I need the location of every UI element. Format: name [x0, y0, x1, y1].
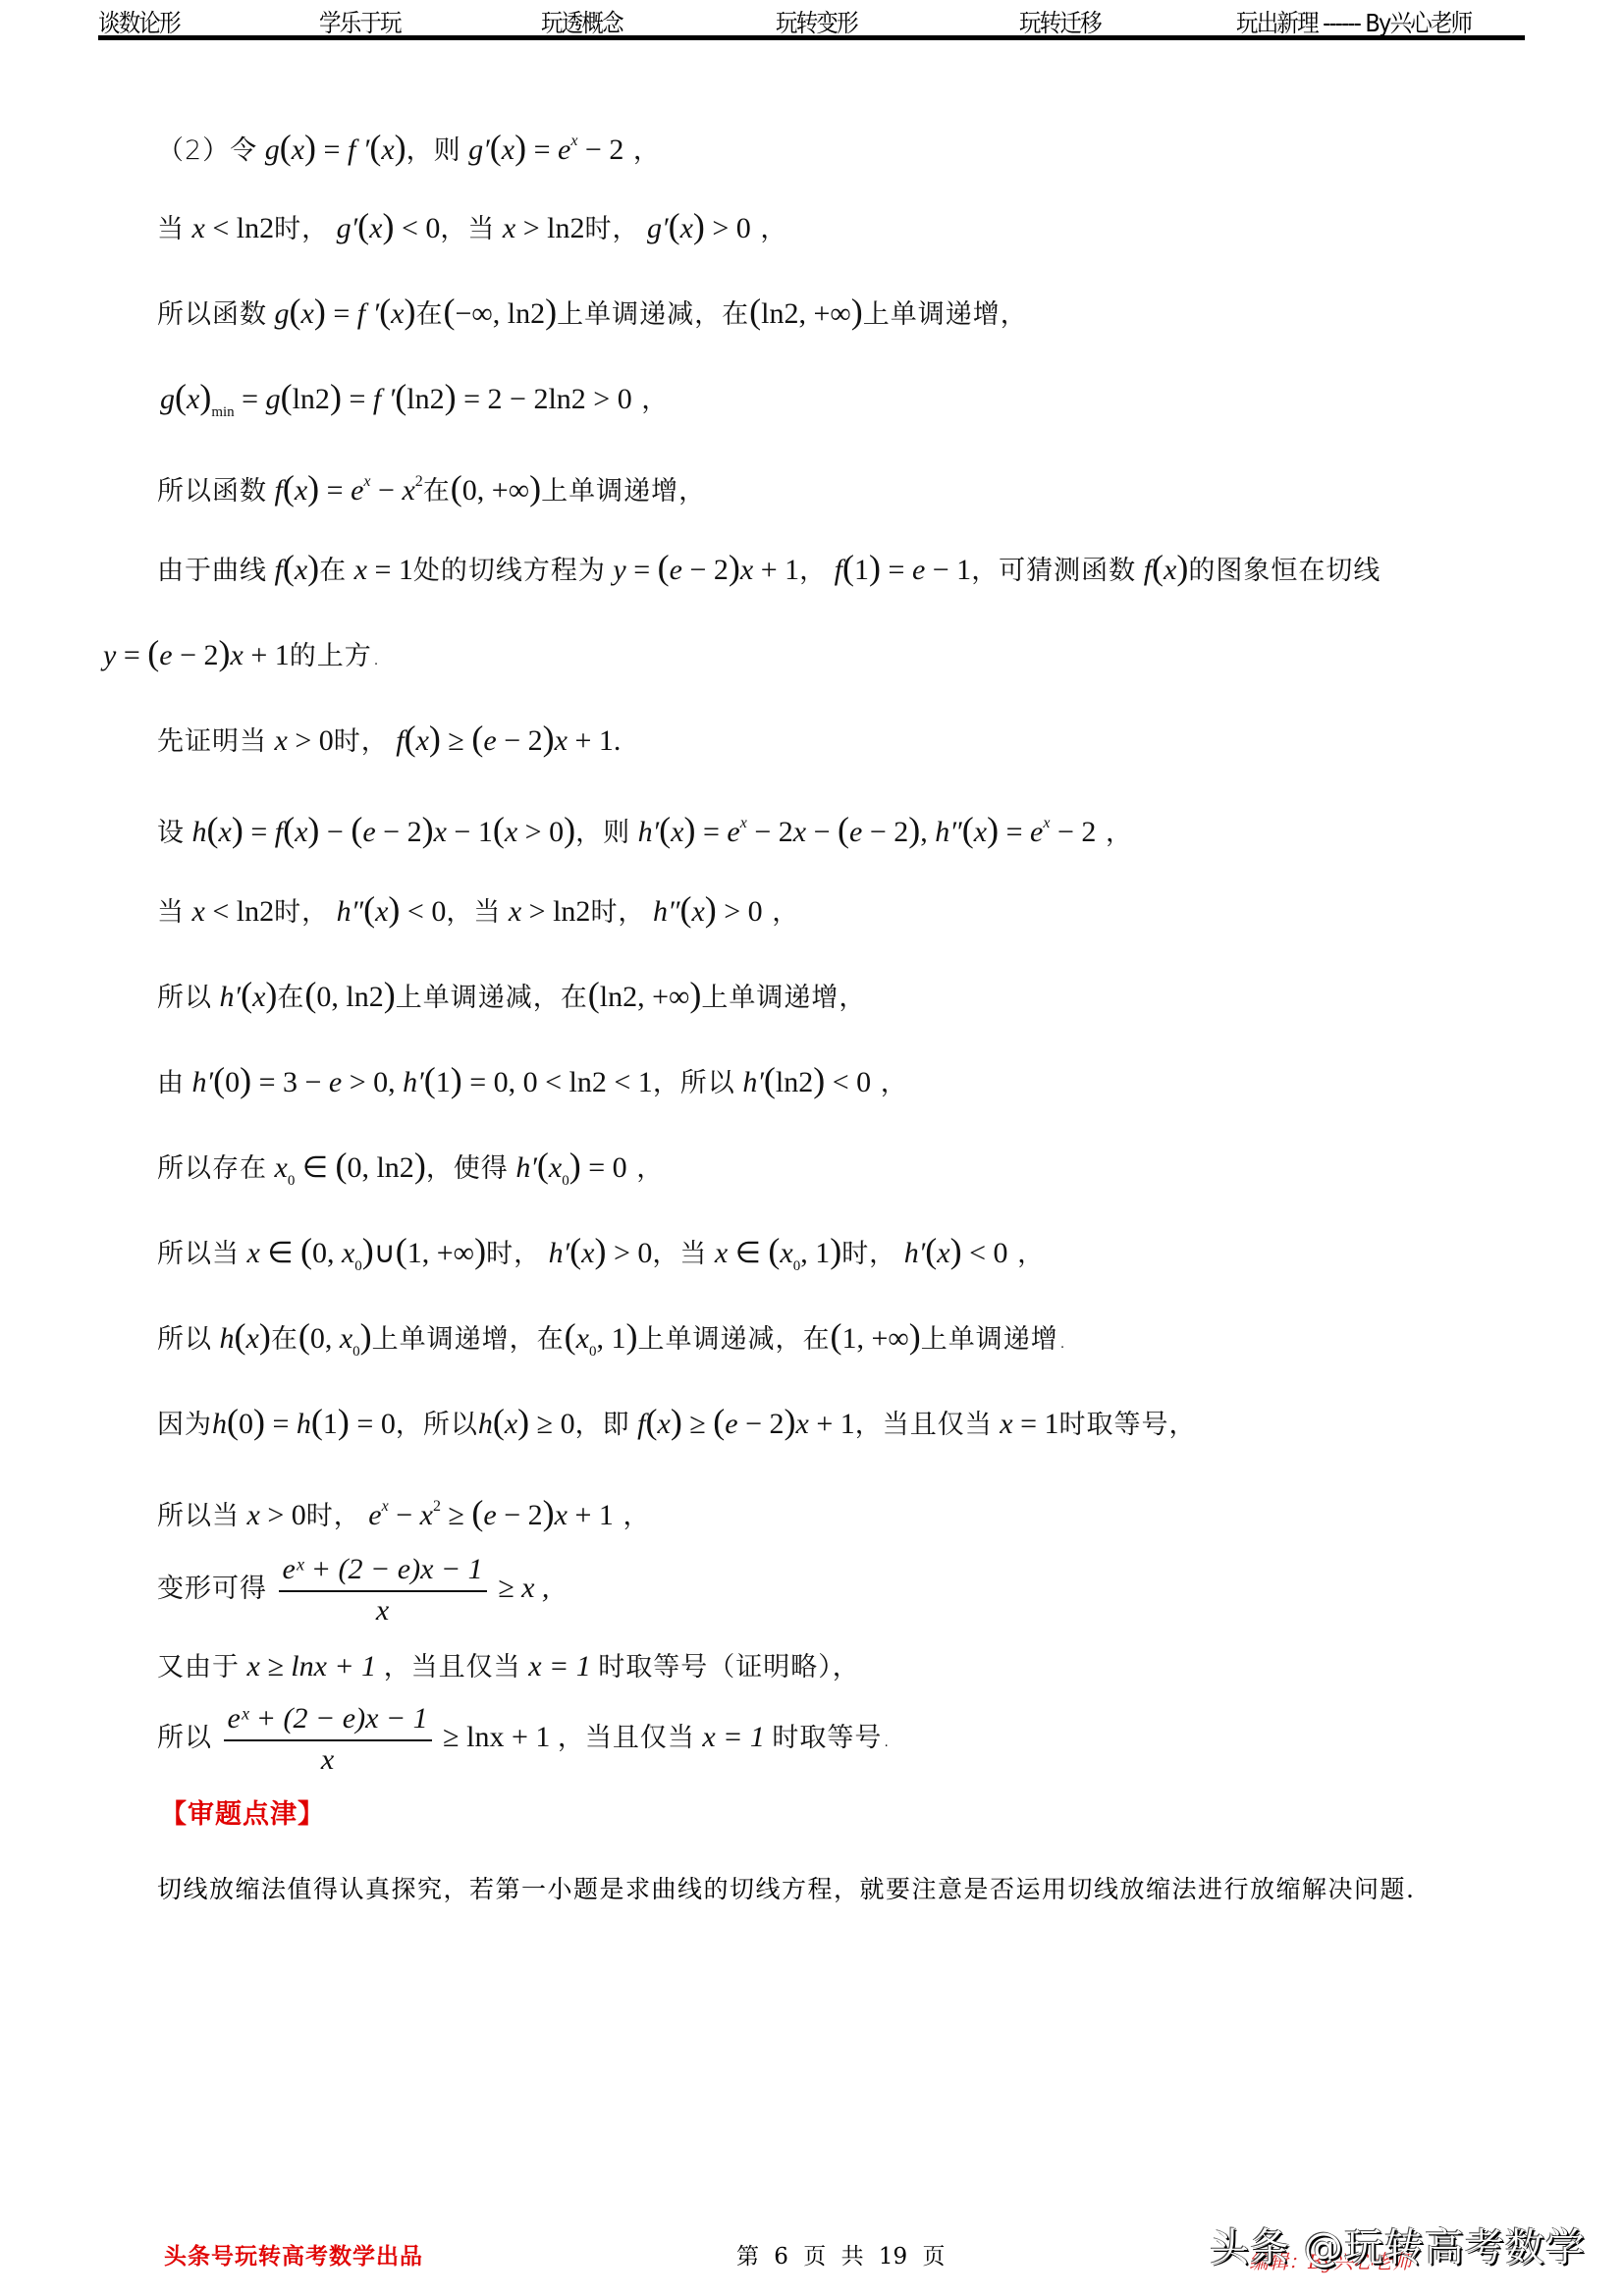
math: x: [301, 297, 314, 330]
math: e: [483, 1499, 496, 1531]
text: 时取等号（证明略），: [598, 1652, 860, 1682]
math: x: [219, 816, 232, 848]
math: =: [626, 554, 658, 586]
math: h′: [212, 981, 241, 1013]
text: 上单调递增.: [921, 1324, 1068, 1355]
math: x: [240, 1237, 260, 1269]
math: y: [103, 639, 116, 671]
math: x: [740, 815, 747, 831]
math: (: [213, 1060, 225, 1099]
math: e: [1030, 816, 1043, 848]
math: x: [185, 212, 205, 244]
header-item: 玩转迁移: [1019, 4, 1101, 39]
math: ): [232, 810, 244, 849]
math: − 1: [447, 816, 493, 848]
math: 0: [225, 1066, 240, 1098]
text: 所以函数: [157, 476, 267, 507]
math: g′: [461, 133, 490, 166]
math: < 0: [400, 895, 446, 928]
math: = 3 −: [251, 1066, 329, 1098]
solution-line: 所以函数 g(x) = f ′(x)在(−∞, ln2)上单调递减，在(ln2,…: [157, 292, 1028, 335]
text: 时，: [306, 1501, 361, 1531]
text: 时，: [590, 897, 645, 928]
math: ): [830, 1231, 841, 1270]
math: ): [253, 1402, 265, 1441]
solution-line: 设 h(x) = f(x) − (e − 2)x − 1(x > 0)，则 h′…: [157, 804, 1133, 853]
math: − 2: [738, 1408, 785, 1440]
text: ，: [1096, 818, 1133, 848]
math: ): [545, 292, 557, 331]
math: 0,: [312, 1237, 342, 1269]
math: ): [785, 1402, 796, 1441]
math: (: [396, 1231, 407, 1270]
math: 0, +∞: [462, 474, 529, 507]
math: e: [329, 1066, 342, 1098]
math: x: [402, 474, 414, 507]
math: f: [827, 554, 842, 586]
math: ): [384, 975, 396, 1014]
header-rule: [98, 35, 1525, 40]
math: (: [565, 1316, 576, 1356]
solution-line: 所以当 x ∈ (0, x0)∪(1, +∞)时， h′(x) > 0，当 x …: [157, 1231, 1045, 1286]
math: ): [514, 128, 526, 167]
math: + 1: [244, 639, 290, 671]
math: ): [422, 810, 434, 849]
text: 时，: [585, 214, 640, 244]
math: (: [490, 128, 502, 167]
math: ∈: [260, 1237, 300, 1269]
solution-line: 由 h′(0) = 3 − e > 0, h′(1) = 0, 0 < ln2 …: [157, 1060, 908, 1103]
math: ): [304, 128, 316, 167]
math: e: [727, 816, 739, 848]
math: , 1: [800, 1237, 830, 1269]
math: x ≥ lnx + 1: [247, 1650, 377, 1682]
math: x: [780, 1237, 792, 1269]
math: (: [1152, 548, 1164, 587]
math: x: [416, 724, 429, 757]
text: ，: [871, 1068, 908, 1098]
math: ): [445, 377, 457, 416]
math: h′: [630, 816, 659, 848]
text: ，则: [406, 135, 461, 166]
math: (: [569, 1231, 581, 1270]
math: − 2: [173, 639, 219, 671]
math: ≥ 0: [529, 1408, 574, 1440]
math: h″: [329, 895, 363, 928]
math: x: [375, 895, 388, 928]
math: h: [185, 816, 207, 848]
text: 在: [319, 556, 347, 586]
solution-line: 因为h(0) = h(1) = 0，所以h(x) ≥ 0，即 f(x) ≥ (e…: [157, 1402, 1197, 1445]
math: ): [729, 548, 740, 587]
math: ): [1176, 548, 1188, 587]
solution-line: 当 x < ln2时， g′(x) < 0，当 x > ln2时， g′(x) …: [157, 206, 787, 249]
math: g: [257, 133, 280, 166]
solution-line: 先证明当 x > 0时， f(x) ≥ (e − 2)x + 1.: [157, 719, 621, 762]
math: (: [493, 810, 505, 849]
text: （2）令: [157, 135, 257, 166]
header-item: 玩透概念: [541, 4, 623, 39]
math: h′: [509, 1151, 537, 1184]
text: 上单调递增，在: [372, 1324, 565, 1355]
fraction-denominator: x: [224, 1741, 432, 1779]
math: = 1: [1013, 1408, 1059, 1440]
text: 所以函数: [157, 299, 267, 330]
math: 0, ln2: [347, 1151, 413, 1184]
math: ,: [920, 816, 935, 848]
math: (: [768, 1231, 780, 1270]
text: 上单调递减，在: [396, 983, 588, 1013]
math: (: [713, 1402, 725, 1441]
math: x: [267, 724, 288, 757]
math: (: [493, 1402, 505, 1441]
math: ∈: [728, 1237, 768, 1269]
math: 1: [323, 1408, 338, 1440]
text: 由于曲线: [157, 556, 267, 586]
math: h″: [935, 816, 962, 848]
math: ln2: [293, 383, 330, 415]
math: x: [581, 1237, 594, 1269]
math: ): [404, 292, 415, 331]
text: 先证明当: [157, 726, 267, 757]
math: h′: [735, 1066, 764, 1098]
math: x: [680, 212, 693, 244]
math: (: [830, 1316, 841, 1356]
math: min: [211, 404, 234, 420]
text: ，使得: [426, 1153, 509, 1184]
math: x: [347, 554, 367, 586]
math: − 2: [497, 1499, 543, 1531]
math: ): [219, 633, 231, 672]
math: < ln2: [205, 895, 274, 928]
math: ): [474, 1231, 486, 1270]
text: 在: [271, 1324, 298, 1355]
math: (: [175, 377, 187, 416]
math: ): [314, 292, 326, 331]
math: ): [307, 548, 319, 587]
math: x: [549, 1151, 562, 1184]
math: (: [281, 377, 293, 416]
math: (: [335, 1146, 347, 1185]
math: ≥: [682, 1408, 713, 1440]
text: 由: [157, 1068, 185, 1098]
math: ): [851, 292, 863, 331]
math: = 0: [350, 1408, 396, 1440]
math: ): [625, 1316, 637, 1356]
frac-prefix: 变形可得: [157, 1574, 267, 1604]
text: 当: [157, 214, 185, 244]
text: 所以: [157, 983, 212, 1013]
text: 时，: [334, 726, 389, 757]
math: (: [311, 1402, 323, 1441]
math: =: [244, 816, 275, 848]
math: x: [505, 1408, 517, 1440]
math: y: [606, 554, 626, 586]
math: x = 1: [702, 1721, 765, 1753]
math: 1: [854, 554, 869, 586]
frac-suffix: ≥ x ,: [498, 1572, 549, 1604]
text: 的图象恒在切线: [1188, 556, 1380, 586]
math: ): [683, 810, 695, 849]
math: f: [630, 1408, 646, 1440]
math: > 0: [606, 1237, 652, 1269]
text: 时取等号，: [1059, 1410, 1197, 1440]
math: ): [908, 810, 920, 849]
fraction-numerator: eˣ + (2 − e)x − 1: [279, 1551, 487, 1592]
math: − 2: [577, 133, 623, 166]
math: x: [974, 816, 987, 848]
math: 2: [433, 1498, 441, 1515]
math: > ln2: [521, 895, 590, 928]
math: ln2, +∞: [600, 981, 690, 1013]
math: x: [707, 1237, 728, 1269]
math: f: [389, 724, 405, 757]
math: ): [199, 377, 211, 416]
math: h′: [403, 1066, 424, 1098]
text: 时，: [274, 214, 329, 244]
math: x: [246, 1322, 259, 1355]
math: −: [371, 474, 403, 507]
math: ): [671, 1402, 682, 1441]
math: = 0: [581, 1151, 627, 1184]
text: 时，: [486, 1239, 541, 1269]
math: x: [502, 133, 514, 166]
math: (: [443, 292, 455, 331]
math: g′: [329, 212, 357, 244]
page-number: 第 6 页 共 19 页: [736, 2238, 945, 2270]
math: e: [558, 133, 570, 166]
math: =: [316, 133, 348, 166]
frac-suffix: ≥ lnx + 1: [443, 1721, 550, 1753]
text: ，当且仅当: [855, 1410, 993, 1440]
math: ∪: [374, 1237, 396, 1269]
math: x: [505, 816, 517, 848]
math: (: [241, 975, 252, 1014]
text: ，: [1008, 1239, 1046, 1269]
math: f ′: [357, 297, 379, 330]
math: x: [740, 554, 753, 586]
math: ): [307, 810, 319, 849]
math: (: [962, 810, 974, 849]
math: ): [330, 377, 342, 416]
math: = 0, 0 < ln2 < 1: [462, 1066, 653, 1098]
text: 时取等号.: [772, 1723, 892, 1753]
math: ): [594, 1231, 606, 1270]
math: > 0: [717, 895, 763, 928]
text: ，当且仅当: [384, 1652, 521, 1682]
math: ): [338, 1402, 350, 1441]
math: (: [424, 1060, 436, 1099]
math: ): [909, 1316, 921, 1356]
math: ): [362, 1231, 374, 1270]
math: > ln2: [515, 212, 584, 244]
math: e: [912, 554, 925, 586]
math: (: [379, 292, 391, 331]
math: x: [391, 297, 404, 330]
math: −: [319, 816, 351, 848]
math: (: [679, 889, 691, 929]
math: 0: [354, 1258, 362, 1274]
text: 时，: [841, 1239, 896, 1269]
math: ): [388, 889, 400, 929]
math: x: [576, 1322, 589, 1355]
text: 设: [157, 818, 185, 848]
text: 所以当: [157, 1239, 240, 1269]
text: 因为: [157, 1410, 212, 1440]
math: =: [235, 383, 266, 415]
math: f: [275, 816, 283, 848]
math: h″: [645, 895, 679, 928]
math: h: [478, 1408, 493, 1440]
math: = 1: [367, 554, 413, 586]
math: g: [267, 297, 290, 330]
frac-line-transform: 变形可得 eˣ + (2 − e)x − 1 x ≥ x ,: [157, 1551, 549, 1629]
math: ln2: [776, 1066, 813, 1098]
solution-line: 所以当 x > 0时， ex − x2 ≥ (e − 2)x + 1 ，: [157, 1487, 651, 1536]
math: x: [187, 383, 199, 415]
math: (: [838, 810, 849, 849]
math: g: [160, 383, 175, 415]
math: ): [517, 1402, 529, 1441]
math: < ln2: [205, 212, 274, 244]
math: h′: [541, 1237, 569, 1269]
math: (: [283, 810, 295, 849]
math: − 2: [682, 554, 729, 586]
math: x: [342, 1237, 354, 1269]
math: 0,: [310, 1322, 340, 1355]
math: x: [671, 816, 683, 848]
math: − 1: [925, 554, 971, 586]
review-tag: 【审题点津】: [160, 1792, 325, 1831]
math: h: [297, 1408, 311, 1440]
line-lnx: 又由于 x ≥ lnx + 1 ，当且仅当 x = 1 时取等号（证明略），: [157, 1647, 860, 1687]
solution-line: y = (e − 2)x + 1的上方.: [103, 633, 381, 676]
math: (: [395, 377, 406, 416]
math: ): [869, 548, 881, 587]
math: h′: [896, 1237, 925, 1269]
math: ): [813, 1060, 825, 1099]
math: ): [259, 1316, 271, 1356]
math: ): [569, 1146, 581, 1185]
math: (: [471, 719, 483, 758]
math: =: [999, 816, 1030, 848]
math: e: [351, 474, 363, 507]
math: (: [300, 1231, 312, 1270]
math: ): [689, 975, 701, 1014]
math: ): [543, 1493, 555, 1532]
math: x: [240, 1499, 260, 1531]
math: ): [564, 810, 575, 849]
math: (: [669, 206, 680, 245]
math: (: [357, 206, 369, 245]
math: (: [749, 292, 761, 331]
frac-line-conclusion: 所以 eˣ + (2 − e)x − 1 x ≥ lnx + 1 ，当且仅当 x…: [157, 1700, 892, 1779]
math: ): [382, 206, 394, 245]
text: 所以: [157, 1324, 212, 1355]
text: 时，: [274, 897, 329, 928]
math: (: [471, 1493, 483, 1532]
math: 1, +∞: [407, 1237, 474, 1269]
text: 又由于: [157, 1652, 240, 1682]
math: e: [159, 639, 172, 671]
math: x: [796, 1408, 809, 1440]
math: =: [881, 554, 912, 586]
fraction: eˣ + (2 − e)x − 1 x: [279, 1551, 487, 1629]
text: ，则: [575, 818, 630, 848]
math: x: [295, 474, 307, 507]
math: h′: [185, 1066, 213, 1098]
math: x: [434, 816, 447, 848]
math: ≥: [441, 724, 471, 757]
math: f: [267, 474, 283, 507]
math: −: [389, 1499, 420, 1531]
header-item-author: 玩出新理 ------ By兴心老师: [1236, 4, 1471, 39]
math: (: [283, 468, 295, 507]
math: x: [292, 133, 304, 166]
math: (: [290, 292, 301, 331]
math: =: [526, 133, 558, 166]
header-item: 谈数论形: [98, 4, 180, 39]
math: x: [691, 895, 704, 928]
math: 1: [436, 1066, 451, 1098]
math: x: [993, 1408, 1013, 1440]
fraction-denominator: x: [279, 1592, 487, 1629]
math: (: [842, 548, 854, 587]
math: ): [240, 1060, 251, 1099]
math: − 2: [747, 816, 793, 848]
text: 在: [277, 983, 304, 1013]
math: x: [382, 1498, 389, 1515]
math: (: [451, 468, 462, 507]
math: 0, ln2: [316, 981, 383, 1013]
text: ，所以: [396, 1410, 478, 1440]
math: (: [658, 548, 670, 587]
math: ): [693, 206, 705, 245]
math: (: [227, 1402, 239, 1441]
text: ，可猜测函数: [971, 556, 1136, 586]
solution-line: 所以 h′(x)在(0, ln2)上单调递减，在(ln2, +∞)上单调递增，: [157, 975, 866, 1018]
math: x: [295, 554, 307, 586]
math: x: [1164, 554, 1176, 586]
math: ): [543, 719, 555, 758]
math: ): [360, 1316, 372, 1356]
math: (: [147, 633, 159, 672]
math: x: [495, 212, 515, 244]
math: ): [265, 975, 277, 1014]
math: > 0: [288, 724, 334, 757]
text: 在: [415, 299, 443, 330]
math: ln2, +∞: [761, 297, 851, 330]
math: (: [298, 1316, 310, 1356]
math: ): [414, 1146, 426, 1185]
math: (: [283, 548, 295, 587]
math: + 1: [753, 554, 799, 586]
math: =: [695, 816, 727, 848]
text: 上单调递减，在: [557, 299, 749, 330]
math: x: [501, 895, 521, 928]
math: −∞, ln2: [455, 297, 545, 330]
text: ，即: [575, 1410, 630, 1440]
math: x: [185, 895, 205, 928]
math: ): [987, 810, 999, 849]
text: ，: [632, 385, 670, 415]
math: ): [950, 1231, 962, 1270]
math: x: [657, 1408, 670, 1440]
solution-line: 当 x < ln2时， h″(x) < 0，当 x > ln2时， h″(x) …: [157, 889, 799, 933]
math: x: [937, 1237, 949, 1269]
math: > 0: [705, 212, 751, 244]
math: < 0: [394, 212, 440, 244]
